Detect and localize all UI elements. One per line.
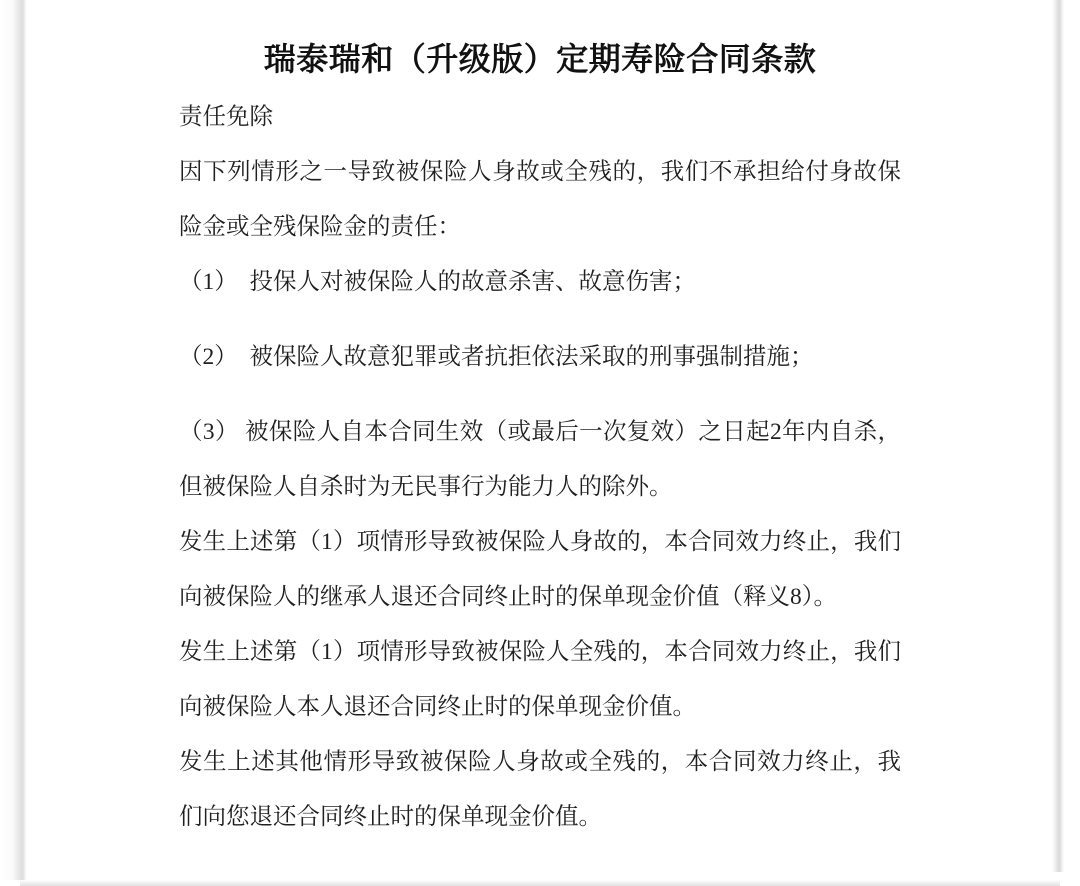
page-edge-bottom xyxy=(20,880,1060,886)
paragraph-intro: 因下列情形之一导致被保险人身故或全残的，我们不承担给付身故保险金或全残保险金的责… xyxy=(179,145,901,255)
paragraph-other-consequence: 发生上述其他情形导致被保险人身故或全残的，本合同效力终止，我们向您退还合同终止时… xyxy=(179,735,901,845)
clause-item-2: （2） 被保险人故意犯罪或者抗拒依法采取的刑事强制措施； xyxy=(179,330,901,385)
paragraph-disability-consequence: 发生上述第（1）项情形导致被保险人全残的，本合同效力终止，我们向被保险人本人退还… xyxy=(179,625,901,735)
page-edge-left xyxy=(0,0,27,880)
page-title: 瑞泰瑞和（升级版）定期寿险合同条款 xyxy=(179,38,901,80)
clause-item-3: （3） 被保险人自本合同生效（或最后一次复效）之日起2年内自杀，但被保险人自杀时… xyxy=(179,405,901,515)
page-edge-right xyxy=(1052,0,1064,872)
paragraph-death-consequence: 发生上述第（1）项情形导致被保险人身故的，本合同效力终止，我们向被保险人的继承人… xyxy=(179,515,901,625)
clause-item-1: （1） 投保人对被保险人的故意杀害、故意伤害； xyxy=(179,255,901,310)
document-page: 瑞泰瑞和（升级版）定期寿险合同条款 责任免除 因下列情形之一导致被保险人身故或全… xyxy=(0,0,1080,886)
section-heading: 责任免除 xyxy=(179,90,901,145)
contract-document: 瑞泰瑞和（升级版）定期寿险合同条款 责任免除 因下列情形之一导致被保险人身故或全… xyxy=(179,0,901,845)
